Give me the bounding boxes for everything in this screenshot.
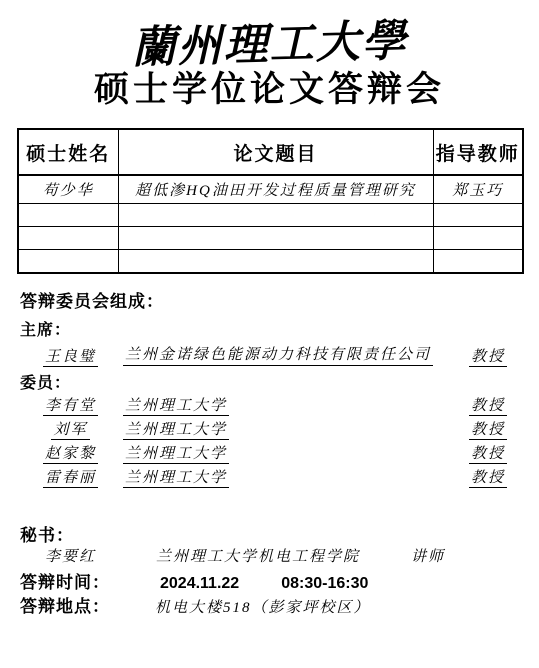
committee-section-heading: 答辩委员会组成： [20, 287, 164, 312]
cell-student-name [18, 204, 118, 227]
defense-time-row: 答辩时间： 2024.11.22 08:30-16:30 [20, 568, 523, 593]
member-name: 刘军 [28, 418, 113, 439]
defense-location-label: 答辩地点： [20, 592, 115, 617]
member-row: 赵家黎 兰州理工大学 教授 [20, 442, 523, 463]
cell-advisor [433, 250, 523, 274]
member-affiliation: 兰州理工大学 [123, 418, 453, 439]
column-header-advisor: 指导教师 [433, 129, 523, 175]
secretary-affiliation: 兰州理工大学机电工程学院 [123, 545, 393, 566]
member-row: 雷春丽 兰州理工大学 教授 [20, 466, 523, 487]
cell-student-name [18, 227, 118, 250]
cell-thesis-title [118, 227, 433, 250]
members-label: 委员： [20, 370, 71, 393]
cell-thesis-title [118, 204, 433, 227]
chair-name: 王良璧 [28, 345, 113, 366]
member-title: 教授 [453, 466, 523, 487]
chair-row: 王良璧 兰州金诺绿色能源动力科技有限责任公司 教授 [20, 343, 523, 366]
table-row [18, 250, 523, 274]
chair-label: 主席： [20, 317, 71, 340]
chair-title: 教授 [453, 345, 523, 366]
member-affiliation: 兰州理工大学 [123, 442, 453, 463]
cell-student-name: 苟少华 [18, 175, 118, 204]
defense-date: 2024.11.22 [160, 575, 239, 593]
member-affiliation: 兰州理工大学 [123, 466, 453, 487]
page-title: 硕士学位论文答辩会 [0, 62, 539, 112]
member-name: 李有堂 [28, 394, 113, 415]
secretary-label: 秘书： [20, 521, 74, 546]
table-row: 苟少华 超低渗HQ油田开发过程质量管理研究 郑玉巧 [18, 175, 523, 204]
cell-advisor [433, 204, 523, 227]
column-header-thesis-title: 论文题目 [118, 129, 433, 175]
table-header-row: 硕士姓名 论文题目 指导教师 [18, 129, 523, 175]
secretary-name: 李要红 [28, 545, 113, 566]
member-title: 教授 [453, 394, 523, 415]
cell-thesis-title [118, 250, 433, 274]
defense-time-range: 08:30-16:30 [281, 575, 368, 593]
defense-location: 机电大楼518（彭家坪校区） [155, 596, 371, 617]
member-name: 雷春丽 [28, 466, 113, 487]
defense-announcement-page: 蘭州理工大學 硕士学位论文答辩会 硕士姓名 论文题目 指导教师 苟少华 超低渗H… [0, 0, 539, 668]
member-row: 李有堂 兰州理工大学 教授 [20, 394, 523, 415]
member-title: 教授 [453, 442, 523, 463]
thesis-roster-table: 硕士姓名 论文题目 指导教师 苟少华 超低渗HQ油田开发过程质量管理研究 郑玉巧 [17, 128, 524, 274]
defense-time-label: 答辩时间： [20, 568, 115, 593]
member-name: 赵家黎 [28, 442, 113, 463]
cell-thesis-title: 超低渗HQ油田开发过程质量管理研究 [118, 175, 433, 204]
cell-advisor [433, 227, 523, 250]
chair-affiliation: 兰州金诺绿色能源动力科技有限责任公司 [123, 343, 453, 366]
member-row: 刘军 兰州理工大学 教授 [20, 418, 523, 439]
table-row [18, 227, 523, 250]
column-header-student-name: 硕士姓名 [18, 129, 118, 175]
cell-student-name [18, 250, 118, 274]
table-row [18, 204, 523, 227]
member-affiliation: 兰州理工大学 [123, 394, 453, 415]
secretary-row: 李要红 兰州理工大学机电工程学院 讲师 [20, 545, 523, 566]
cell-advisor: 郑玉巧 [433, 175, 523, 204]
member-title: 教授 [453, 418, 523, 439]
defense-location-row: 答辩地点： 机电大楼518（彭家坪校区） [20, 592, 523, 617]
secretary-title: 讲师 [393, 545, 463, 566]
